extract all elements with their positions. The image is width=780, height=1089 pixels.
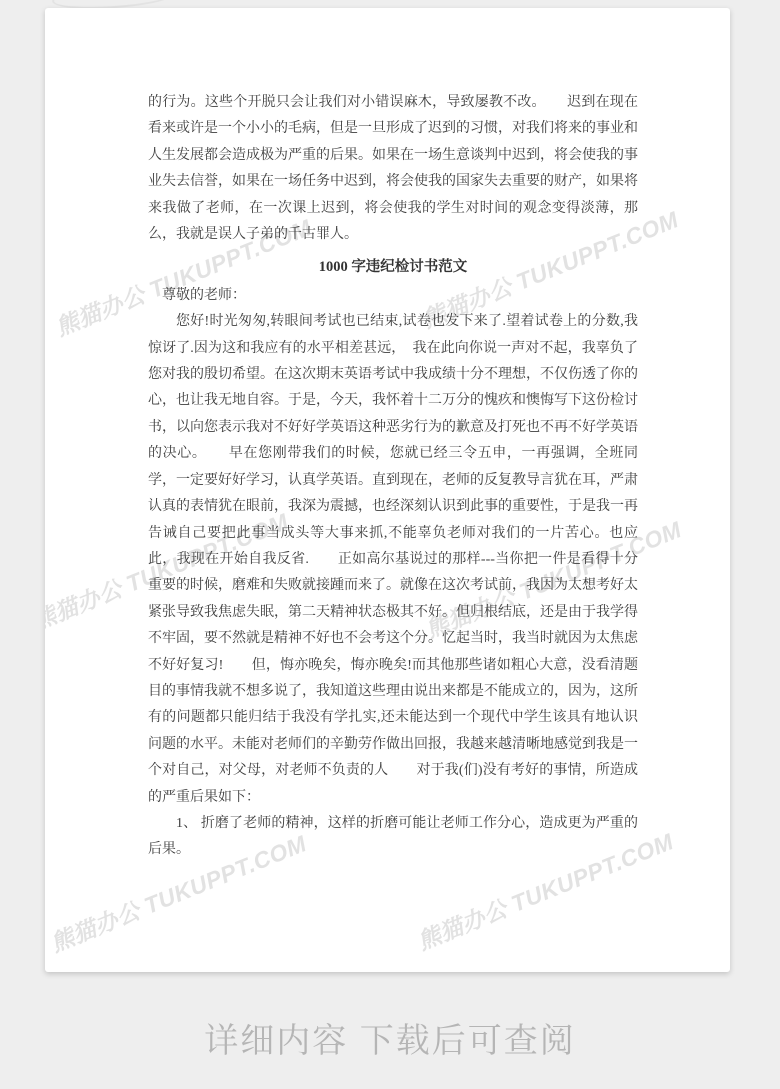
document-body: 的行为。这些个开脱只会让我们对小错误麻木，导致屡教不改。 迟到在现在看来或许是一… <box>148 90 638 864</box>
download-notice: 详细内容 下载后可查阅 <box>0 1020 780 1062</box>
document-page: 熊猫办公 TUKUPPT.COM 熊猫办公 TUKUPPT.COM 熊猫办公 T… <box>45 8 730 972</box>
list-item-consequence-1: 1、 折磨了老师的精神，这样的折磨可能让老师工作分心，造成更为严重的后果。 <box>148 811 638 864</box>
document-preview-screen: { "meta": { "site_watermark": "熊猫办公 TUKU… <box>0 0 780 1089</box>
document-title: 1000 字违纪检讨书范文 <box>148 254 638 280</box>
preview-background: 熊猫办公 TUKUPPT.COM 熊猫办公 TUKUPPT.COM 熊猫办公 T… <box>0 0 780 1089</box>
paragraph-main-body: 您好!时光匆匆,转眼间考试也已结束,试卷也发下来了.望着试卷上的分数,我惊讶了.… <box>148 309 638 811</box>
paragraph-continuation: 的行为。这些个开脱只会让我们对小错误麻木，导致屡教不改。 迟到在现在看来或许是一… <box>148 90 638 248</box>
salutation-line: 尊敬的老师： <box>148 283 638 309</box>
